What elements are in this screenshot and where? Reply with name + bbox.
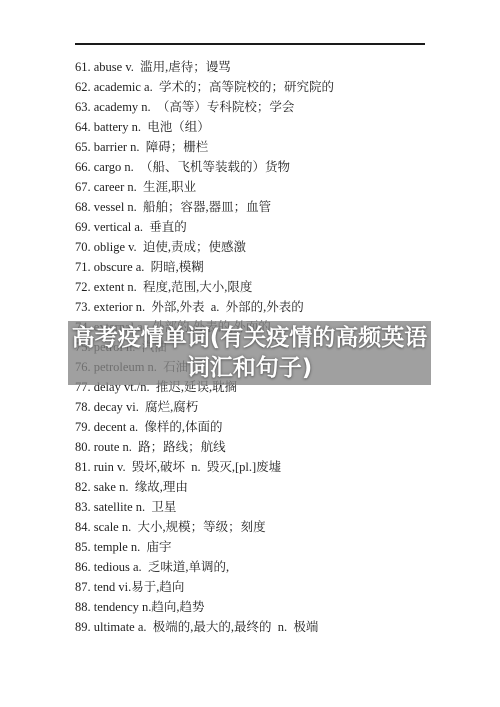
word-list-item: 83. satellite n. 卫星 <box>75 497 475 517</box>
word-list-item: 89. ultimate a. 极端的,最大的,最终的 n. 极端 <box>75 617 475 637</box>
word-list-item: 81. ruin v. 毁坏,破坏 n. 毁灭,[pl.]废墟 <box>75 457 475 477</box>
header-rule <box>75 43 425 45</box>
word-list-item: 72. extent n. 程度,范围,大小,限度 <box>75 277 475 297</box>
word-list-item: 68. vessel n. 船舶；容器,器皿；血管 <box>75 197 475 217</box>
word-list-item: 71. obscure a. 阴暗,模糊 <box>75 257 475 277</box>
word-list-item: 88. tendency n.趋向,趋势 <box>75 597 475 617</box>
watermark-overlay: 高考疫情单词(有关疫情的高频英语 词汇和句子) <box>68 321 431 385</box>
word-list-item: 73. exterior n. 外部,外表 a. 外部的,外表的 <box>75 297 475 317</box>
word-list-item: 82. sake n. 缘故,理由 <box>75 477 475 497</box>
word-list-item: 61. abuse v. 滥用,虐待；谩骂 <box>75 57 475 77</box>
word-list-item: 87. tend vi.易于,趋向 <box>75 577 475 597</box>
word-list-item: 78. decay vi. 腐烂,腐朽 <box>75 397 475 417</box>
word-list-item: 66. cargo n. （船、飞机等装载的）货物 <box>75 157 475 177</box>
word-list-item: 63. academy n. （高等）专科院校；学会 <box>75 97 475 117</box>
watermark-title-line1: 高考疫情单词(有关疫情的高频英语 <box>72 323 428 353</box>
word-list-item: 64. battery n. 电池（组） <box>75 117 475 137</box>
watermark-title-line2: 词汇和句子) <box>187 353 313 383</box>
document-page: 61. abuse v. 滥用,虐待；谩骂62. academic a. 学术的… <box>0 0 500 707</box>
word-list-item: 80. route n. 路；路线；航线 <box>75 437 475 457</box>
word-list-item: 62. academic a. 学术的；高等院校的；研究院的 <box>75 77 475 97</box>
word-list-item: 86. tedious a. 乏味道,单调的, <box>75 557 475 577</box>
word-list-item: 85. temple n. 庙宇 <box>75 537 475 557</box>
word-list-item: 84. scale n. 大小,规模；等级；刻度 <box>75 517 475 537</box>
word-list-item: 79. decent a. 像样的,体面的 <box>75 417 475 437</box>
word-list-item: 70. oblige v. 迫使,责成；使感激 <box>75 237 475 257</box>
word-list-item: 69. vertical a. 垂直的 <box>75 217 475 237</box>
word-list-item: 67. career n. 生涯,职业 <box>75 177 475 197</box>
word-list-item: 65. barrier n. 障碍；栅栏 <box>75 137 475 157</box>
